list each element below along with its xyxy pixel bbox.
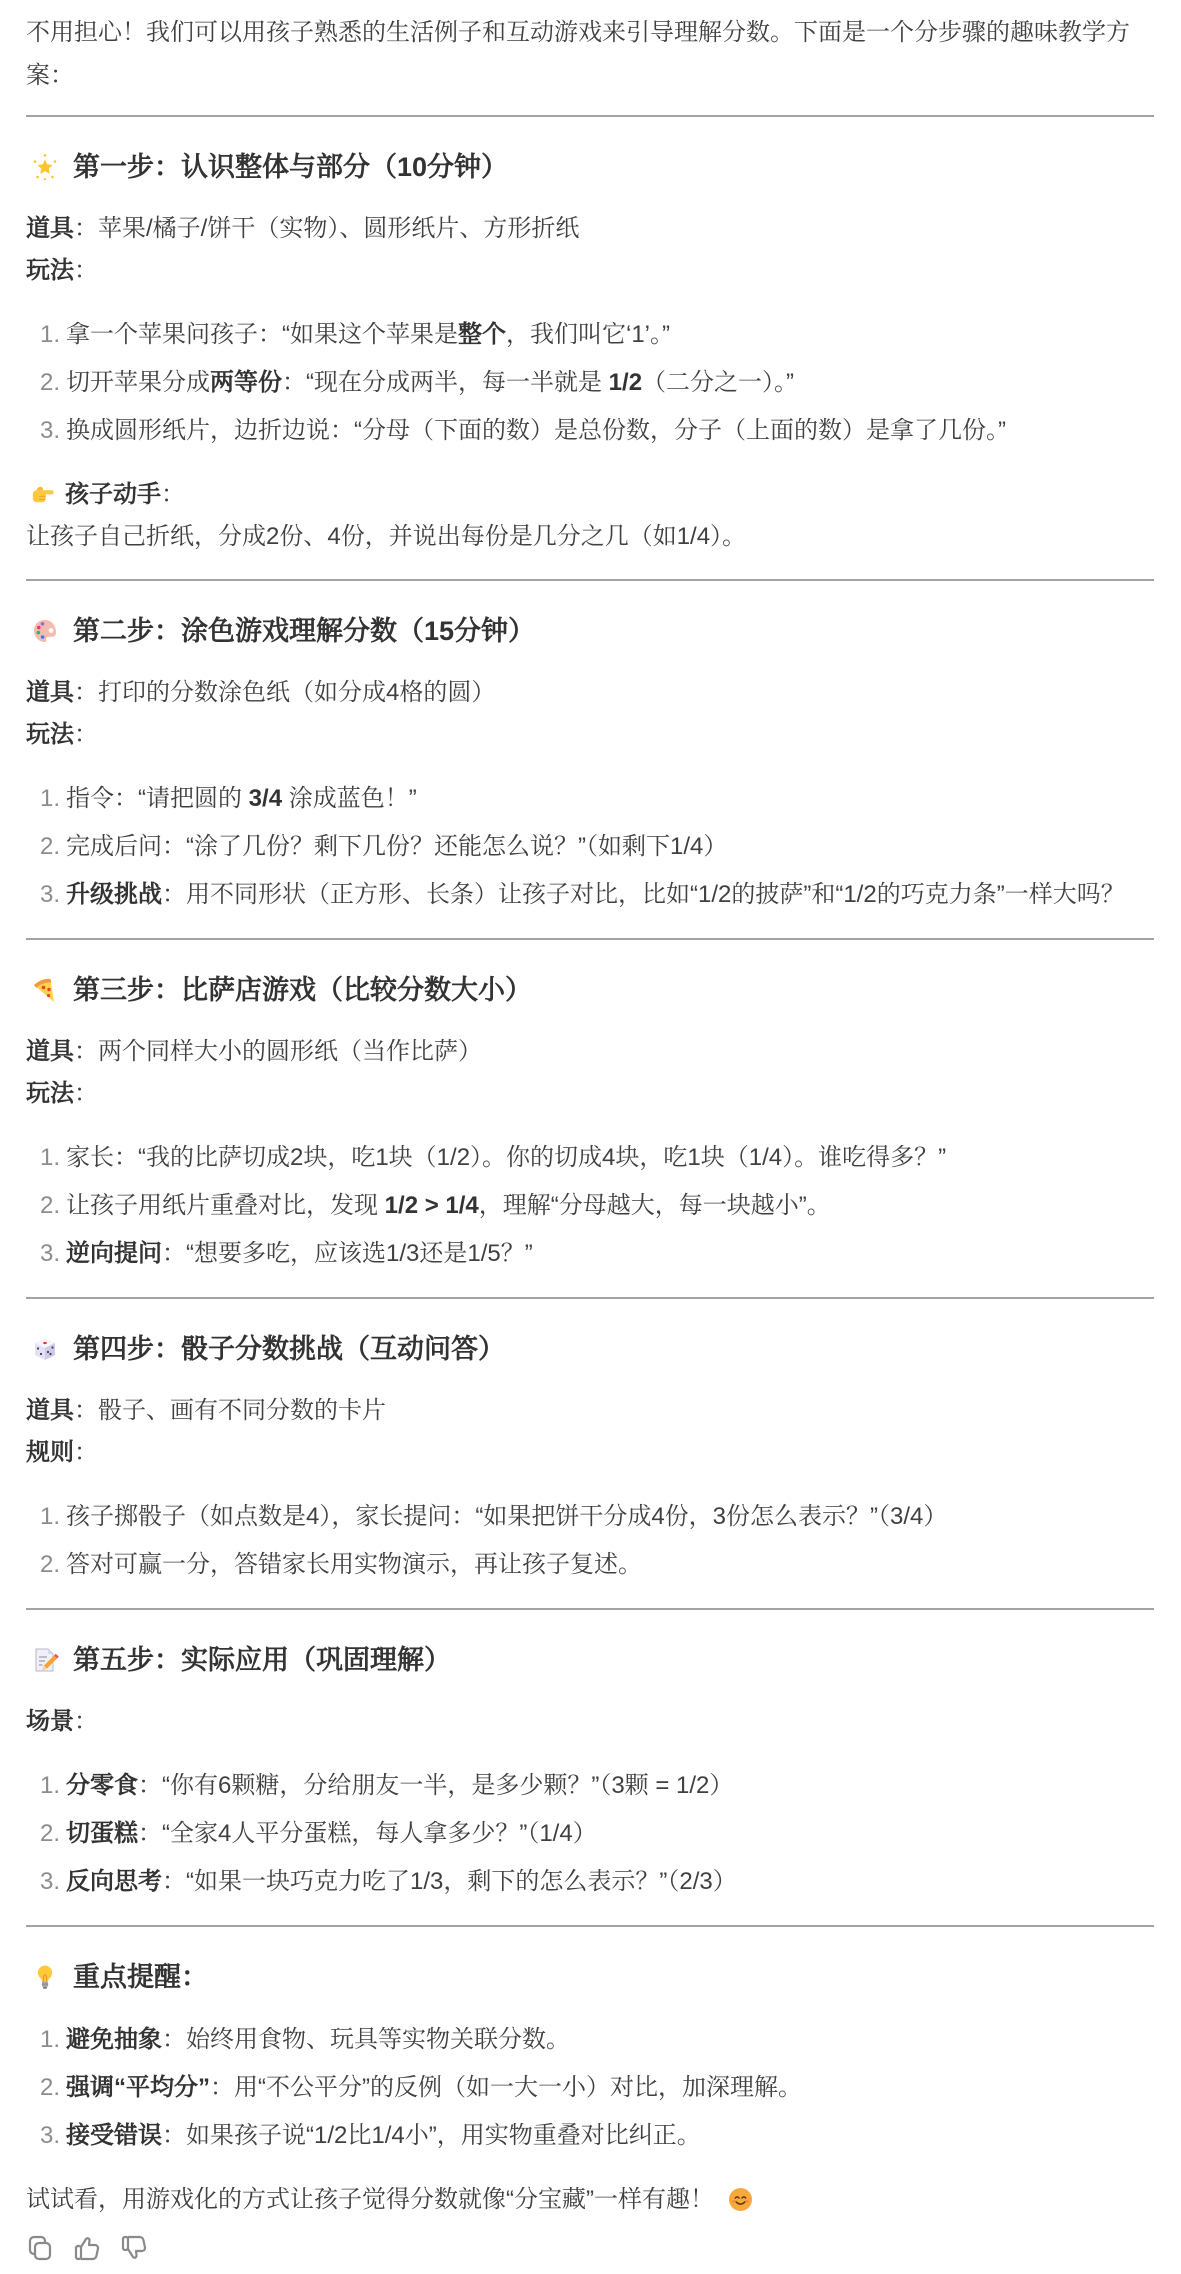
field-value: 苹果/橘子/饼干（实物）、圆形纸片、方形折纸 xyxy=(98,215,579,242)
field-separator: ： xyxy=(74,1397,98,1424)
list-item: 2.切开苹果分成两等份：“现在分成两半，每一半就是 1/2（二分之一）。” xyxy=(26,362,1154,404)
step-fields: 道具：骰子、画有不同分数的卡片规则： xyxy=(26,1390,1154,1474)
step-list: 1.指令：“请把圆的 3/4 涂成蓝色！” 2.完成后问：“涂了几份？剩下几份？… xyxy=(26,778,1154,916)
list-item: 1.指令：“请把圆的 3/4 涂成蓝色！” xyxy=(26,778,1154,820)
step-list: 1.分零食：“你有6颗糖，分给朋友一半，是多少颗？”（3颗 = 1/2） 2.切… xyxy=(26,1765,1154,1903)
list-number: 1. xyxy=(40,778,60,820)
list-item: 1.孩子掷骰子（如点数是4），家长提问：“如果把饼干分成4份，3份怎么表示？”（… xyxy=(26,1496,1154,1538)
item-text: ：用不同形状（正方形、长条）让孩子对比，比如“1/2的披萨”和“1/2的巧克力条… xyxy=(162,881,1125,908)
section-divider xyxy=(26,1608,1154,1610)
section-divider xyxy=(26,1925,1154,1927)
outro-text: 试试看，用游戏化的方式让孩子觉得分数就像“分宝藏”一样有趣！ xyxy=(26,2179,1154,2221)
field-label: 玩法 xyxy=(26,721,74,748)
item-text: ：“想要多吃，应该选1/3还是1/5？” xyxy=(162,1240,533,1267)
step-title: 第二步：涂色游戏理解分数（15分钟） xyxy=(73,611,535,651)
field-separator: ： xyxy=(74,1080,98,1107)
thumbs-up-icon xyxy=(73,2234,101,2262)
item-text: 拿一个苹果问孩子：“如果这个苹果是 xyxy=(66,321,458,348)
section-divider xyxy=(26,579,1154,581)
item-text: 答对可赢一分，答错家长用实物演示，再让孩子复述。 xyxy=(66,1551,642,1578)
list-number: 2. xyxy=(40,2067,60,2109)
list-item: 2.强调“平均分”：用“不公平分”的反例（如一大一小）对比，加深理解。 xyxy=(26,2067,1154,2109)
field-value: 打印的分数涂色纸（如分成4格的圆） xyxy=(98,679,495,706)
field-separator: ： xyxy=(74,257,98,284)
step-1-section: 第一步：认识整体与部分（10分钟） 道具：苹果/橘子/饼干（实物）、圆形纸片、方… xyxy=(26,147,1154,558)
list-item: 2.让孩子用纸片重叠对比，发现 1/2 > 1/4，理解“分母越大，每一块越小”… xyxy=(26,1185,1154,1227)
artist-palette-icon xyxy=(31,617,59,645)
item-emphasis: 强调“平均分” xyxy=(66,2074,210,2101)
step-list: 1.家长：“我的比萨切成2块，吃1块（1/2）。你的切成4块，吃1块（1/4）。… xyxy=(26,1137,1154,1275)
intro-text: 不用担心！我们可以用孩子熟悉的生活例子和互动游戏来引导理解分数。下面是一个分步骤… xyxy=(26,11,1154,97)
list-number: 1. xyxy=(40,314,60,356)
list-number: 1. xyxy=(40,1765,60,1807)
step-title: 第一步：认识整体与部分（10分钟） xyxy=(73,147,508,187)
step-heading: 第五步：实际应用（巩固理解） xyxy=(26,1640,1154,1680)
item-emphasis: 分零食 xyxy=(66,1772,138,1799)
field-label: 道具 xyxy=(26,679,74,706)
step-title: 第五步：实际应用（巩固理解） xyxy=(73,1640,451,1680)
list-number: 3. xyxy=(40,874,60,916)
item-text: 换成圆形纸片，边折边说：“分母（下面的数）是总份数，分子（上面的数）是拿了几份。… xyxy=(66,417,1006,444)
field-separator: ： xyxy=(74,1708,98,1735)
item-text: ：如果孩子说“1/2比1/4小”，用实物重叠对比纠正。 xyxy=(162,2122,701,2149)
thumbs-down-icon xyxy=(120,2234,148,2262)
step-title: 第四步：骰子分数挑战（互动问答） xyxy=(73,1329,505,1369)
field-separator: ： xyxy=(74,679,98,706)
field-value: 两个同样大小的圆形纸（当作比萨） xyxy=(98,1038,482,1065)
item-text: ：“如果一块巧克力吃了1/3，剩下的怎么表示？”（2/3） xyxy=(162,1868,737,1895)
field-label: 场景 xyxy=(26,1708,74,1735)
copy-button[interactable] xyxy=(26,2234,54,2262)
list-item: 2.切蛋糕：“全家4人平分蛋糕，每人拿多少？”（1/4） xyxy=(26,1813,1154,1855)
item-text: ，理解“分母越大，每一块越小”。 xyxy=(479,1192,831,1219)
item-text: 家长：“我的比萨切成2块，吃1块（1/2）。你的切成4块，吃1块（1/4）。谁吃… xyxy=(66,1144,946,1171)
light-bulb-icon xyxy=(31,1963,59,1991)
list-item: 3.反向思考：“如果一块巧克力吃了1/3，剩下的怎么表示？”（2/3） xyxy=(26,1861,1154,1903)
item-text: ：用“不公平分”的反例（如一大一小）对比，加深理解。 xyxy=(210,2074,802,2101)
field-value: 骰子、画有不同分数的卡片 xyxy=(98,1397,386,1424)
tips-title: 重点提醒： xyxy=(73,1957,208,1997)
item-emphasis: 整个 xyxy=(458,321,506,348)
item-text: 完成后问：“涂了几份？剩下几份？还能怎么说？”（如剩下1/4） xyxy=(66,833,727,860)
step-fields: 道具：两个同样大小的圆形纸（当作比萨）玩法： xyxy=(26,1031,1154,1115)
field-separator: ： xyxy=(74,1439,98,1466)
step-list: 1.拿一个苹果问孩子：“如果这个苹果是整个，我们叫它‘1’。” 2.切开苹果分成… xyxy=(26,314,1154,452)
activity-separator: ： xyxy=(161,481,185,508)
section-divider xyxy=(26,1297,1154,1299)
list-item: 3.逆向提问：“想要多吃，应该选1/3还是1/5？” xyxy=(26,1233,1154,1275)
step-heading: 第一步：认识整体与部分（10分钟） xyxy=(26,147,1154,187)
list-number: 2. xyxy=(40,826,60,868)
item-emphasis: 反向思考 xyxy=(66,1868,162,1895)
list-item: 1.避免抽象：始终用食物、玩具等实物关联分数。 xyxy=(26,2019,1154,2061)
item-emphasis: 避免抽象 xyxy=(66,2026,162,2053)
thumbs-down-button[interactable] xyxy=(120,2234,148,2262)
step-title: 第三步：比萨店游戏（比较分数大小） xyxy=(73,970,532,1010)
item-emphasis: 切蛋糕 xyxy=(66,1820,138,1847)
list-number: 3. xyxy=(40,2115,60,2157)
item-text: ：“你有6颗糖，分给朋友一半，是多少颗？”（3颗 = 1/2） xyxy=(138,1772,733,1799)
activity-label: 孩子动手 xyxy=(65,481,161,508)
item-text: ，我们叫它‘1’。” xyxy=(506,321,670,348)
field-label: 道具 xyxy=(26,1038,74,1065)
step-fields: 道具：苹果/橘子/饼干（实物）、圆形纸片、方形折纸玩法： xyxy=(26,208,1154,292)
memo-icon xyxy=(31,1646,59,1674)
field-label: 道具 xyxy=(26,1397,74,1424)
list-item: 2.完成后问：“涂了几份？剩下几份？还能怎么说？”（如剩下1/4） xyxy=(26,826,1154,868)
field-label: 玩法 xyxy=(26,1080,74,1107)
list-number: 2. xyxy=(40,1813,60,1855)
list-number: 1. xyxy=(40,1137,60,1179)
step-5-section: 第五步：实际应用（巩固理解） 场景： 1.分零食：“你有6颗糖，分给朋友一半，是… xyxy=(26,1640,1154,1903)
item-emphasis: 升级挑战 xyxy=(66,881,162,908)
glowing-star-icon xyxy=(31,153,59,181)
step-heading: 第四步：骰子分数挑战（互动问答） xyxy=(26,1329,1154,1369)
activity-text: 让孩子自己折纸，分成2份、4份，并说出每份是几分之几（如1/4）。 xyxy=(26,523,746,550)
item-text: ：“全家4人平分蛋糕，每人拿多少？”（1/4） xyxy=(138,1820,597,1847)
item-emphasis: 3/4 xyxy=(249,785,282,812)
item-text: 让孩子用纸片重叠对比，发现 xyxy=(66,1192,385,1219)
pizza-icon xyxy=(31,976,59,1004)
tips-heading: 重点提醒： xyxy=(26,1957,1154,1997)
step-2-section: 第二步：涂色游戏理解分数（15分钟） 道具：打印的分数涂色纸（如分成4格的圆）玩… xyxy=(26,611,1154,916)
step-3-section: 第三步：比萨店游戏（比较分数大小） 道具：两个同样大小的圆形纸（当作比萨）玩法：… xyxy=(26,970,1154,1275)
item-emphasis: 接受错误 xyxy=(66,2122,162,2149)
step-4-section: 第四步：骰子分数挑战（互动问答） 道具：骰子、画有不同分数的卡片规则： 1.孩子… xyxy=(26,1329,1154,1586)
tips-list: 1.避免抽象：始终用食物、玩具等实物关联分数。 2.强调“平均分”：用“不公平分… xyxy=(26,2019,1154,2157)
item-emphasis: 逆向提问 xyxy=(66,1240,162,1267)
list-item: 1.拿一个苹果问孩子：“如果这个苹果是整个，我们叫它‘1’。” xyxy=(26,314,1154,356)
list-number: 1. xyxy=(40,2019,60,2061)
game-die-icon xyxy=(31,1335,59,1363)
thumbs-up-button[interactable] xyxy=(73,2234,101,2262)
activity-note: 孩子动手：让孩子自己折纸，分成2份、4份，并说出每份是几分之几（如1/4）。 xyxy=(26,474,1154,558)
message-actions xyxy=(26,2234,1154,2262)
item-text: ：始终用食物、玩具等实物关联分数。 xyxy=(162,2026,570,2053)
list-number: 3. xyxy=(40,1861,60,1903)
field-separator: ： xyxy=(74,1038,98,1065)
list-number: 3. xyxy=(40,410,60,452)
step-list: 1.孩子掷骰子（如点数是4），家长提问：“如果把饼干分成4份，3份怎么表示？”（… xyxy=(26,1496,1154,1586)
list-number: 2. xyxy=(40,362,60,404)
tips-section: 重点提醒： 1.避免抽象：始终用食物、玩具等实物关联分数。 2.强调“平均分”：… xyxy=(26,1957,1154,2157)
list-item: 1.分零食：“你有6颗糖，分给朋友一半，是多少颗？”（3颗 = 1/2） xyxy=(26,1765,1154,1807)
outro-message: 试试看，用游戏化的方式让孩子觉得分数就像“分宝藏”一样有趣！ xyxy=(26,2186,714,2213)
copy-icon xyxy=(26,2234,54,2262)
field-label: 规则 xyxy=(26,1439,74,1466)
list-item: 3.换成圆形纸片，边折边说：“分母（下面的数）是总份数，分子（上面的数）是拿了几… xyxy=(26,410,1154,452)
item-text: （二分之一）。” xyxy=(642,369,794,396)
list-number: 3. xyxy=(40,1233,60,1275)
smiling-face-icon xyxy=(728,2187,753,2212)
list-number: 2. xyxy=(40,1185,60,1227)
item-emphasis: 1/2 xyxy=(609,369,642,396)
list-item: 3.接受错误：如果孩子说“1/2比1/4小”，用实物重叠对比纠正。 xyxy=(26,2115,1154,2157)
list-item: 2.答对可赢一分，答错家长用实物演示，再让孩子复述。 xyxy=(26,1544,1154,1586)
field-separator: ： xyxy=(74,721,98,748)
step-fields: 场景： xyxy=(26,1701,1154,1743)
item-text: 涂成蓝色！” xyxy=(282,785,417,812)
section-divider xyxy=(26,938,1154,940)
field-label: 道具 xyxy=(26,215,74,242)
step-heading: 第二步：涂色游戏理解分数（15分钟） xyxy=(26,611,1154,651)
assistant-message: 不用担心！我们可以用孩子熟悉的生活例子和互动游戏来引导理解分数。下面是一个分步骤… xyxy=(0,0,1181,2262)
item-text: ：“现在分成两半，每一半就是 xyxy=(282,369,609,396)
section-divider xyxy=(26,115,1154,117)
list-number: 2. xyxy=(40,1544,60,1586)
item-emphasis: 两等份 xyxy=(210,369,282,396)
list-number: 1. xyxy=(40,1496,60,1538)
backhand-index-pointing-right-icon xyxy=(31,482,55,506)
item-emphasis: 1/2 > 1/4 xyxy=(385,1192,479,1219)
item-text: 孩子掷骰子（如点数是4），家长提问：“如果把饼干分成4份，3份怎么表示？”（3/… xyxy=(66,1503,947,1530)
step-fields: 道具：打印的分数涂色纸（如分成4格的圆）玩法： xyxy=(26,672,1154,756)
item-text: 切开苹果分成 xyxy=(66,369,210,396)
field-separator: ： xyxy=(74,215,98,242)
list-item: 1.家长：“我的比萨切成2块，吃1块（1/2）。你的切成4块，吃1块（1/4）。… xyxy=(26,1137,1154,1179)
field-label: 玩法 xyxy=(26,257,74,284)
item-text: 指令：“请把圆的 xyxy=(66,785,249,812)
list-item: 3.升级挑战：用不同形状（正方形、长条）让孩子对比，比如“1/2的披萨”和“1/… xyxy=(26,874,1154,916)
step-heading: 第三步：比萨店游戏（比较分数大小） xyxy=(26,970,1154,1010)
